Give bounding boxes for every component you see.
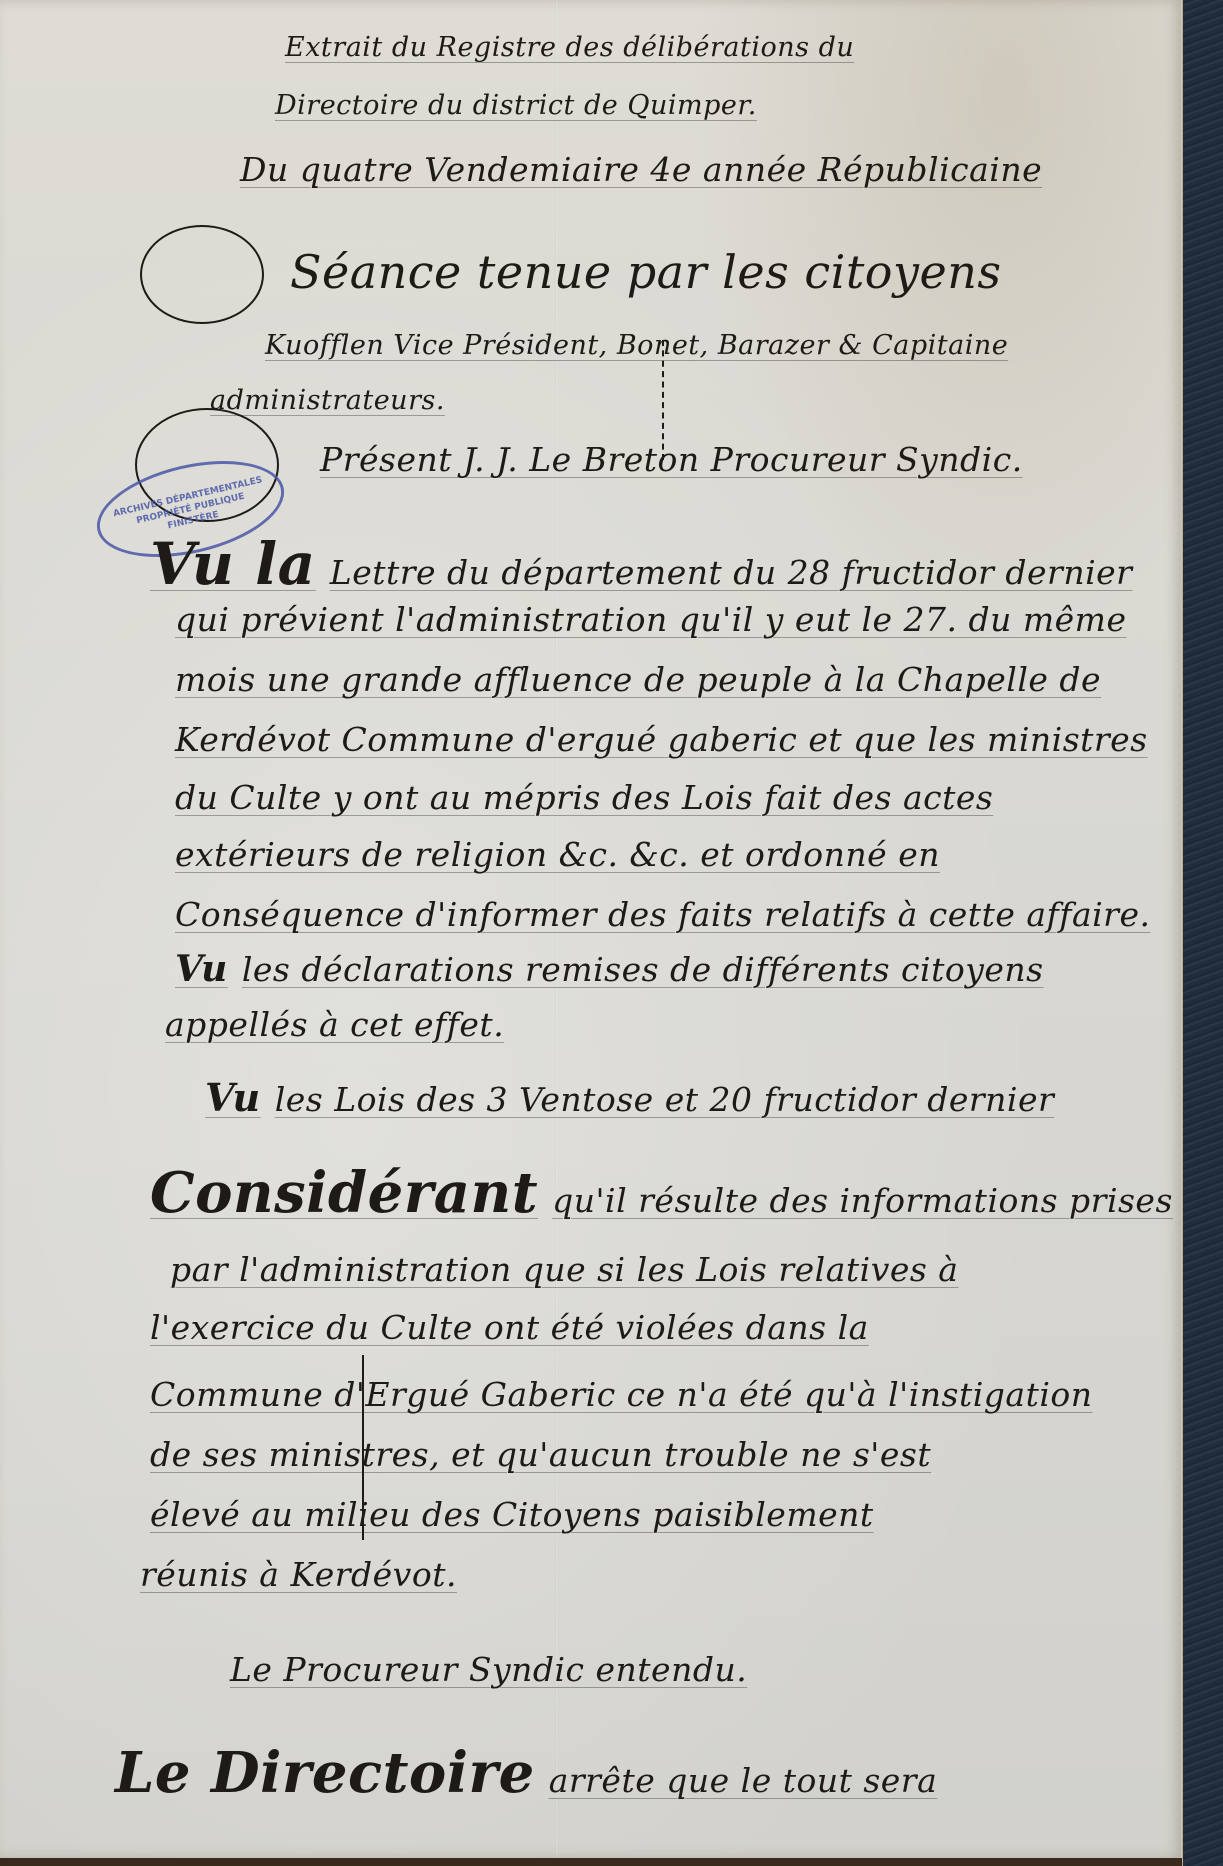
decision-line: Le Directoirearrête que le tout sera: [115, 1740, 937, 1806]
session-present: Présent J. J. Le Breton Procureur Syndic…: [320, 440, 1023, 479]
body-line-7: Conséquence d'informer des faits relatif…: [175, 895, 1150, 934]
bottom-edge: [0, 1858, 1182, 1866]
body-line-1: Vu laLettre du département du 28 fructid…: [150, 530, 1132, 598]
manuscript-page: Extrait du Registre des délibérations du…: [0, 0, 1182, 1858]
header-line-2: Directoire du district de Quimper.: [275, 90, 757, 121]
body-line-10: Vules Lois des 3 Ventose et 20 fructidor…: [205, 1075, 1054, 1120]
margin-insert-line: [362, 1355, 364, 1540]
body-line-5: du Culte y ont au mépris des Lois fait d…: [175, 778, 993, 817]
session-members: Kuofflen Vice Président, Bonet, Barazer …: [265, 330, 1008, 361]
body-line-12: par l'administration que si les Lois rel…: [170, 1250, 958, 1289]
body-line-9: appellés à cet effet.: [165, 1005, 504, 1044]
procureur-line: Le Procureur Syndic entendu.: [230, 1650, 747, 1689]
header-date: Du quatre Vendemiaire 4e année Républica…: [240, 150, 1042, 189]
body-line-15: de ses ministres, et qu'aucun trouble ne…: [150, 1435, 931, 1474]
initial-flourish: [140, 225, 264, 324]
body-line-14: Commune d'Ergué Gaberic ce n'a été qu'à …: [150, 1375, 1093, 1414]
body-line-17: réunis à Kerdévot.: [140, 1555, 457, 1594]
body-line-16: élevé au milieu des Citoyens paisiblemen…: [150, 1495, 874, 1534]
body-line-8: Vules déclarations remises de différents…: [175, 948, 1044, 990]
session-title: Séance tenue par les citoyens: [290, 245, 1001, 299]
body-line-2: qui prévient l'administration qu'il y eu…: [175, 600, 1127, 639]
body-line-6: extérieurs de religion &c. &c. et ordonn…: [175, 835, 940, 874]
header-line-1: Extrait du Registre des délibérations du: [285, 32, 854, 63]
margin-mark-line: [662, 340, 664, 460]
body-line-3: mois une grande affluence de peuple à la…: [175, 660, 1101, 699]
body-line-13: l'exercice du Culte ont été violées dans…: [150, 1308, 869, 1347]
session-role: administrateurs.: [210, 385, 445, 416]
book-binding: [1183, 0, 1223, 1866]
body-line-11: Considérantqu'il résulte des information…: [150, 1160, 1173, 1226]
body-line-4: Kerdévot Commune d'ergué gaberic et que …: [175, 720, 1148, 759]
